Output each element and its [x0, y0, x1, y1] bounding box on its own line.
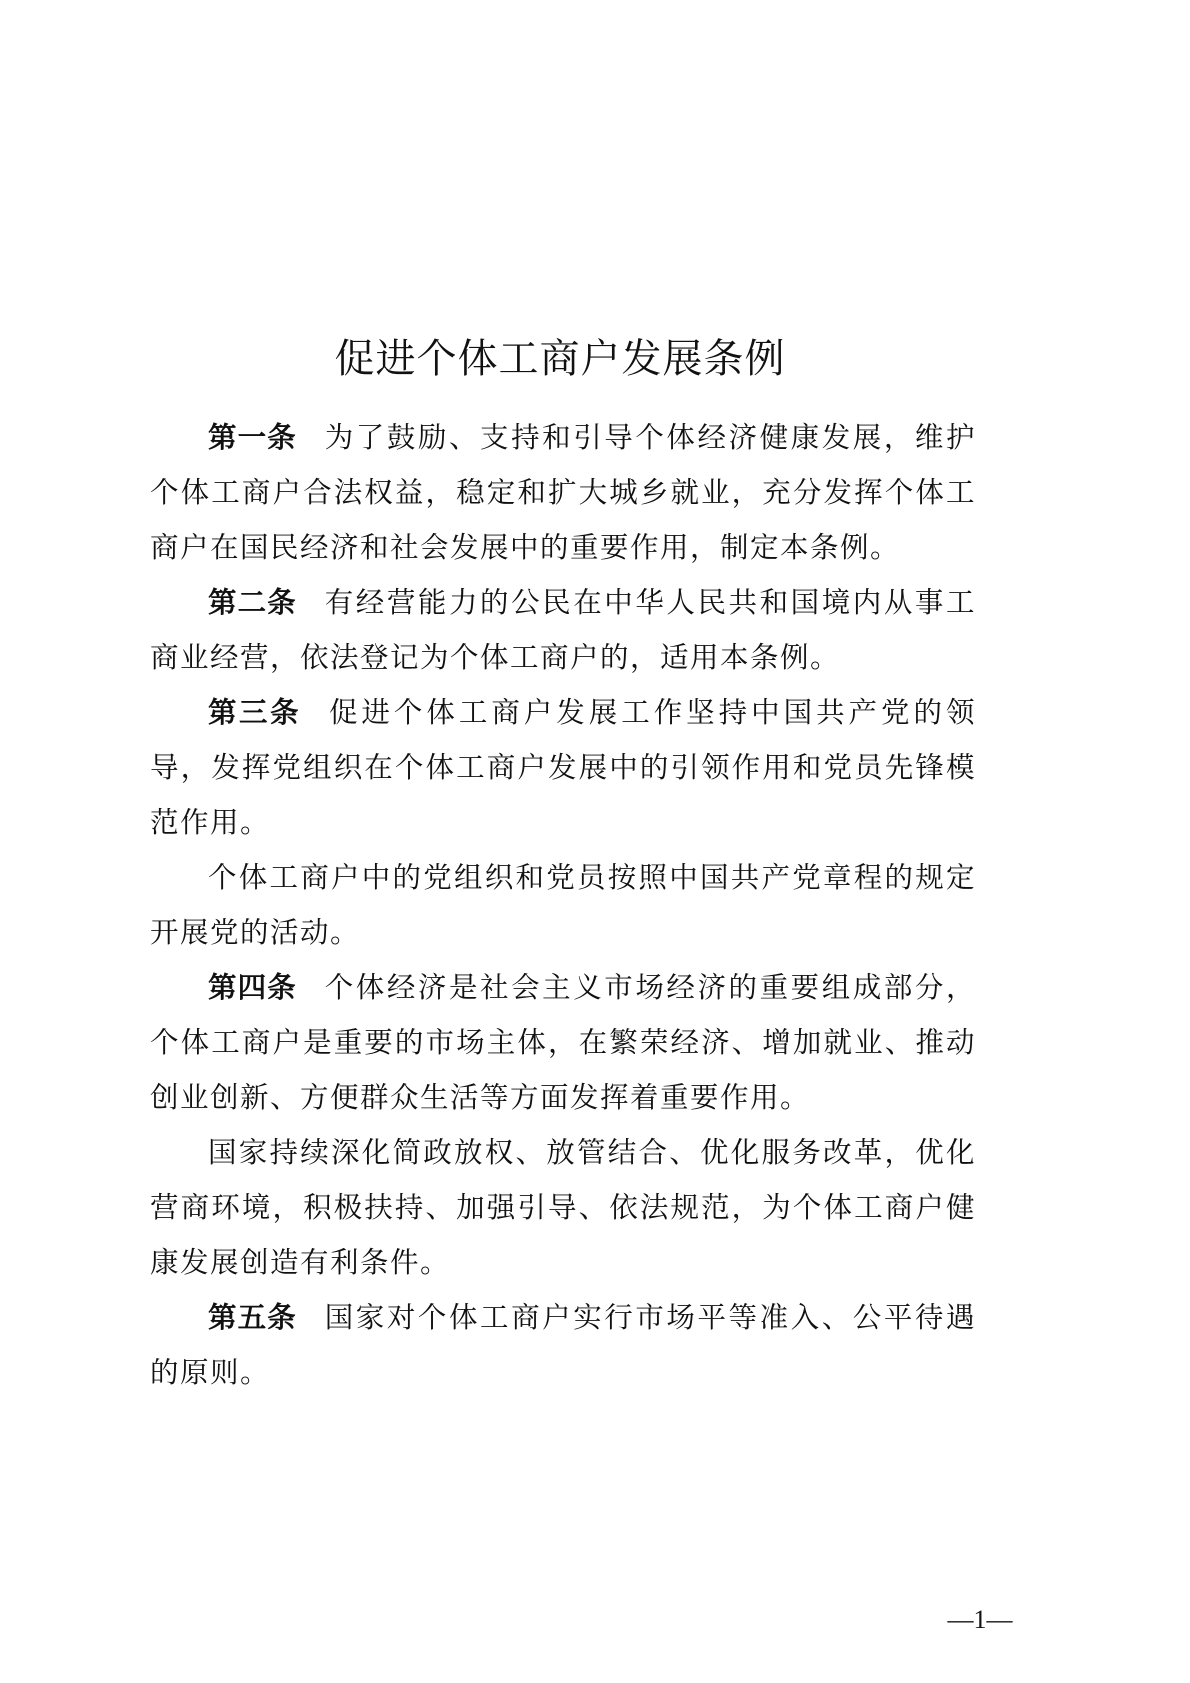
document-body: 第一条为了鼓励、支持和引导个体经济健康发展，维护个体工商户合法权益，稳定和扩大城… [150, 410, 976, 1400]
article-5: 第五条国家对个体工商户实行市场平等准入、公平待遇的原则。 [150, 1290, 976, 1400]
article-1: 第一条为了鼓励、支持和引导个体经济健康发展，维护个体工商户合法权益，稳定和扩大城… [150, 410, 976, 575]
article-3-paragraph-2: 个体工商户中的党组织和党员按照中国共产党章程的规定开展党的活动。 [150, 850, 976, 960]
paragraph-text: 个体工商户中的党组织和党员按照中国共产党章程的规定开展党的活动。 [150, 861, 976, 949]
page-number: —1— [880, 1600, 1080, 1640]
article-number: 第四条 [208, 971, 297, 1004]
document-title: 促进个体工商户发展条例 [0, 329, 1120, 389]
paragraph-text: 国家持续深化简政放权、放管结合、优化服务改革，优化营商环境，积极扶持、加强引导、… [150, 1136, 976, 1279]
article-4-paragraph-2: 国家持续深化简政放权、放管结合、优化服务改革，优化营商环境，积极扶持、加强引导、… [150, 1125, 976, 1290]
article-number: 第三条 [208, 696, 301, 729]
article-number: 第五条 [208, 1301, 297, 1334]
article-number: 第一条 [208, 421, 297, 454]
article-4: 第四条个体经济是社会主义市场经济的重要组成部分，个体工商户是重要的市场主体，在繁… [150, 960, 976, 1125]
article-3: 第三条促进个体工商户发展工作坚持中国共产党的领导，发挥党组织在个体工商户发展中的… [150, 685, 976, 850]
document-page: 促进个体工商户发展条例 第一条为了鼓励、支持和引导个体经济健康发展，维护个体工商… [0, 0, 1190, 1683]
article-2: 第二条有经营能力的公民在中华人民共和国境内从事工商业经营，依法登记为个体工商户的… [150, 575, 976, 685]
article-number: 第二条 [208, 586, 297, 619]
